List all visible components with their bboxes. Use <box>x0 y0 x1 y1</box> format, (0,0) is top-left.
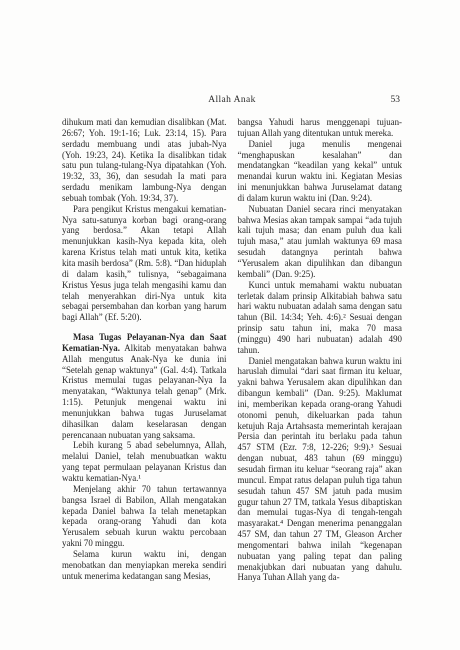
paragraph: Daniel mengatakan bahwa kurun waktu ini … <box>238 356 403 584</box>
left-column: dihukum mati dan kemudian disalibkan (Ma… <box>62 117 227 583</box>
paragraph: Kunci untuk memahami waktu nubuatan terl… <box>238 280 403 356</box>
paragraph: Lebih kurang 5 abad sebelumnya, Allah, m… <box>62 440 227 483</box>
text-block: Allah Anak 53 dihukum mati dan kemudian … <box>62 95 402 583</box>
section-paragraph: Masa Tugas Pelayanan-Nya dan Saat Kemati… <box>62 332 227 440</box>
paragraph: Para pengikut Kristus mengakui kematian-… <box>62 204 227 323</box>
two-column-body: dihukum mati dan kemudian disalibkan (Ma… <box>62 117 402 583</box>
paragraph: Menjelang akhir 70 tahun tertawannya ban… <box>62 484 227 549</box>
page-header: Allah Anak 53 <box>62 95 402 109</box>
running-head: Allah Anak <box>62 95 402 106</box>
paragraph-text: Alkitab menyatakan bahwa Allah mengutus … <box>62 343 227 440</box>
paragraph: Selama kurun waktu ini, dengan menobatka… <box>62 549 227 582</box>
paragraph: bangsa Yahudi harus menggenapi tujuan-tu… <box>238 117 403 139</box>
page-number: 53 <box>391 95 401 106</box>
right-column: bangsa Yahudi harus menggenapi tujuan-tu… <box>238 117 403 583</box>
paragraph: Nubuatan Daniel secara rinci menyatakan … <box>238 204 403 280</box>
paragraph: dihukum mati dan kemudian disalibkan (Ma… <box>62 117 227 204</box>
book-page: Allah Anak 53 dihukum mati dan kemudian … <box>0 0 460 650</box>
paragraph: Daniel juga menulis mengenai “menghapusk… <box>238 139 403 204</box>
